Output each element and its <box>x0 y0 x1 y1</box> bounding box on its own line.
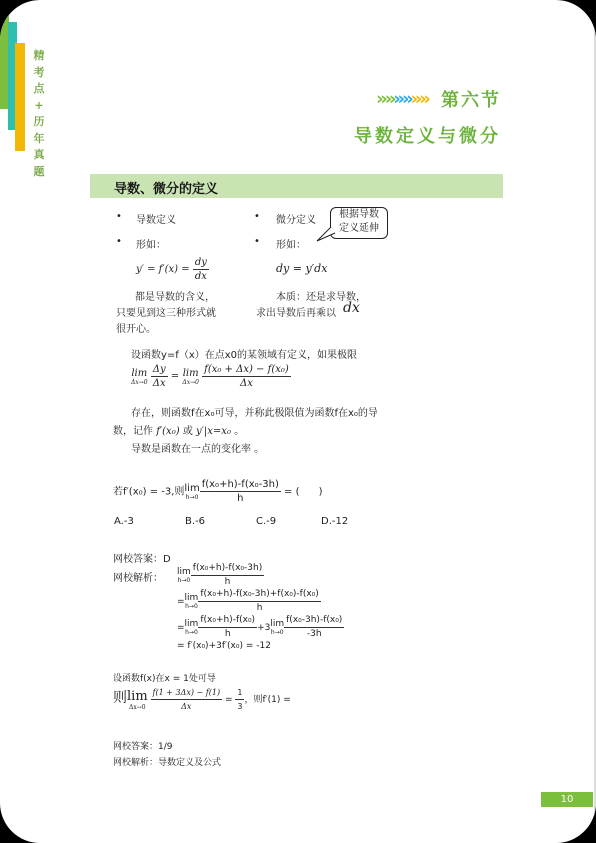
left-note-3: 很开心。 <box>116 320 156 335</box>
analysis-step-2: =limh→0f(x₀+h)-f(x₀-3h)+f(x₀)-f(x₀)h <box>177 588 321 615</box>
left-note-2: 只要见到这三种形式就 <box>116 304 216 319</box>
decor-bar-yellow <box>15 43 25 151</box>
option-b: B.-6 <box>185 516 205 527</box>
topic-title: 导数、微分的定义 <box>114 178 218 197</box>
right-formula: dy = y′dx <box>276 262 327 275</box>
bullet-dot: • <box>254 236 260 247</box>
definition-line-1: 设函数y=f（x）在点x0的某领域有定义，如果极限 <box>131 346 357 361</box>
definition-or: 或 <box>183 426 193 437</box>
right-note-dx: dx <box>343 300 360 316</box>
analysis-step-1: limh→0f(x₀+h)-f(x₀-3h)h <box>177 562 264 589</box>
section-number: 第六节 <box>441 90 501 111</box>
left-bullet-1: 导数定义 <box>136 211 176 226</box>
definition-limit-formula: limΔx→0 ΔyΔx = limΔx→0 f(x₀ + Δx) − f(x₀… <box>131 363 291 390</box>
right-bullet-2: 形如： <box>276 236 306 251</box>
side-tag-char: 年 <box>31 131 47 148</box>
definition-yprime: y′|x=x₀ <box>196 426 231 437</box>
bullet-dot: • <box>116 236 122 247</box>
bullet-dot: • <box>254 211 260 222</box>
left-bullet-2: 形如： <box>136 236 166 251</box>
question1-analysis-label: 网校解析： <box>113 569 163 584</box>
side-tag: 精 考 点 + 历 年 真 题 <box>31 48 47 180</box>
question1-stem: 若f′(x₀) = -3,则limh→0f(x₀+h)-f(x₀-3h)h = … <box>113 478 322 505</box>
side-tag-char: 真 <box>31 147 47 164</box>
question2-analysis: 网校解析：导数定义及公式 <box>113 755 221 768</box>
option-d: D.-12 <box>321 516 348 527</box>
left-note-1: 都是导数的含义， <box>135 288 215 303</box>
side-tag-char: 历 <box>31 114 47 131</box>
section-title: 导数定义与微分 <box>354 122 501 148</box>
question2-answer: 网校答案：1/9 <box>113 739 173 752</box>
left-formula: y′ = f′(x) = dydx <box>136 256 209 283</box>
right-bullet-1: 微分定义 <box>276 211 316 226</box>
side-tag-char: 点 <box>31 81 47 98</box>
right-note-2: 求出导数后再乘以 <box>256 304 336 319</box>
side-tag-char: 考 <box>31 65 47 82</box>
question2-line-2: 则limΔx→0 f(1 + 3Δx) − f(1)Δx = 13，则f′(1)… <box>113 686 291 713</box>
definition-line-2: 存在，则函数f在x₀可导，并称此极限值为函数f在x₀的导 <box>131 404 378 419</box>
bullet-dot: • <box>116 211 122 222</box>
definition-end: 。 <box>234 426 244 437</box>
topic-bar: 导数、微分的定义 <box>90 174 503 198</box>
definition-fprime: f′(x₀) <box>156 426 179 437</box>
side-tag-char: 精 <box>31 48 47 65</box>
definition-text: 数，记作 <box>113 426 153 437</box>
analysis-step-3: =limh→0f(x₀+h)-f(x₀)h+3limh→0f(x₀-3h)-f(… <box>177 614 344 641</box>
callout-line-1: 根据导数 <box>331 208 387 222</box>
callout-line-2: 定义延伸 <box>331 222 387 236</box>
chevrons-icon: »»»»»» <box>376 89 428 110</box>
side-tag-char: + <box>31 98 47 115</box>
side-tag-char: 题 <box>31 164 47 181</box>
analysis-step-4: = f′(x₀)+3f′(x₀) = -12 <box>177 641 271 651</box>
option-c: C.-9 <box>256 516 276 527</box>
callout-tail-icon <box>315 225 339 243</box>
question1-answer: 网校答案：D <box>113 550 171 565</box>
question2-line-1: 设函数f(x)在x = 1处可导 <box>113 671 216 684</box>
document-page: 精 考 点 + 历 年 真 题 »»»»»» 第六节 导数定义与微分 导数、微分… <box>0 0 596 843</box>
option-a: A.-3 <box>114 516 134 527</box>
definition-line-3: 数，记作 f′(x₀) 或 y′|x=x₀ 。 <box>113 422 244 437</box>
page-number: 10 <box>541 792 593 807</box>
section-header: »»»»»» 第六节 导数定义与微分 <box>354 86 501 148</box>
definition-line-4: 导数是函数在一点的变化率 。 <box>131 440 264 455</box>
